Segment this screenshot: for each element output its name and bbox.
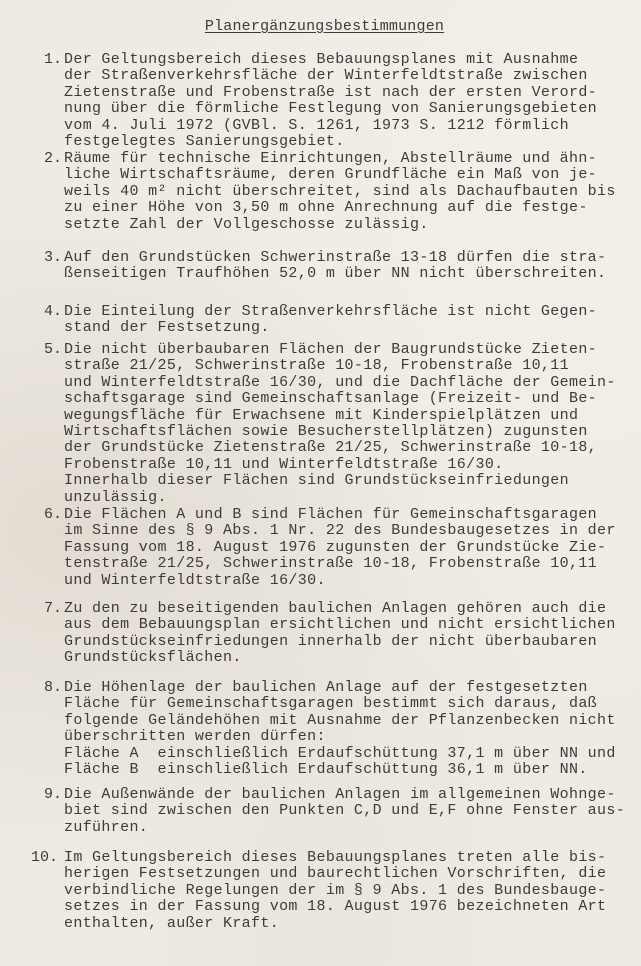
provision-text: Zu den zu beseitigenden baulichen Anlage… — [64, 601, 616, 667]
title-text: Planergänzungsbestimmungen — [197, 18, 444, 35]
provision-number: 8. — [20, 680, 62, 696]
provision-line: vom 4. Juli 1972 (GVBl. S. 1261, 1973 S.… — [64, 118, 597, 134]
provision-line: Grundstückseinfriedungen innerhalb der n… — [64, 634, 616, 650]
provision-line: und Winterfeldtstraße 16/30. — [64, 573, 616, 589]
provision-line: setzes in der Fassung vom 18. August 197… — [64, 899, 606, 915]
provision-line: Die nicht überbaubaren Flächen der Baugr… — [64, 342, 616, 358]
provision-line: Wirtschaftsflächen sowie Besucherstellpl… — [64, 424, 616, 440]
provision-line: und Winterfeldtstraße 16/30, und die Dac… — [64, 375, 616, 391]
provision-line: tenstraße 21/25, Schwerinstraße 10-18, F… — [64, 556, 616, 572]
provision-line: aus dem Bebauungsplan ersichtlichen und … — [64, 617, 616, 633]
provision-line: Grundstücksflächen. — [64, 650, 616, 666]
provision-number: 1. — [20, 52, 62, 68]
provision-line: liche Wirtschaftsräume, deren Grundfläch… — [64, 167, 616, 183]
provision-text: Im Geltungsbereich dieses Bebauungsplane… — [64, 850, 606, 932]
provision-text: Auf den Grundstücken Schwerinstraße 13-1… — [64, 250, 606, 283]
provision-number: 10. — [16, 850, 58, 866]
provision-line: im Sinne des § 9 Abs. 1 Nr. 22 des Bunde… — [64, 523, 616, 539]
provision-line: festgelegtes Sanierungsgebiet. — [64, 134, 597, 150]
provision-line: nung über die förmliche Festlegung von S… — [64, 101, 597, 117]
provision-line: Fläche für Gemeinschaftsgaragen bestimmt… — [64, 696, 616, 712]
provision-line: Zu den zu beseitigenden baulichen Anlage… — [64, 601, 616, 617]
provision-text: Die Außenwände der baulichen Anlagen im … — [64, 787, 625, 836]
provision-line: Frobenstraße 10,11 und Winterfeldtstraße… — [64, 457, 616, 473]
provision-line: Innerhalb dieser Flächen sind Grundstück… — [64, 473, 616, 489]
provision-line: verbindliche Regelungen der im § 9 Abs. … — [64, 883, 606, 899]
provision-line: unzulässig. — [64, 490, 616, 506]
provision-line: zu einer Höhe von 3,50 m ohne Anrechnung… — [64, 200, 616, 216]
provision-line: setzte Zahl der Vollgeschosse zulässig. — [64, 217, 616, 233]
provision-line: herigen Festsetzungen und baurechtlichen… — [64, 866, 606, 882]
provision-line: der Grundstücke Zietenstraße 21/25, Schw… — [64, 440, 616, 456]
provision-line: Zietenstraße und Frobenstraße ist nach d… — [64, 85, 597, 101]
provision-line: der Straßenverkehrsfläche der Winterfeld… — [64, 68, 597, 84]
provision-text: Räume für technische Einrichtungen, Abst… — [64, 151, 616, 233]
provision-line: wegungsfläche für Erwachsene mit Kinders… — [64, 408, 616, 424]
provision-line: stand der Festsetzung. — [64, 320, 597, 336]
provision-text: Die Flächen A und B sind Flächen für Gem… — [64, 507, 616, 589]
provision-line: Die Flächen A und B sind Flächen für Gem… — [64, 507, 616, 523]
provision-line: zuführen. — [64, 820, 625, 836]
provision-line: weils 40 m² nicht überschreitet, sind al… — [64, 184, 616, 200]
provision-number: 4. — [20, 304, 62, 320]
provision-number: 9. — [20, 787, 62, 803]
provision-line: Die Außenwände der baulichen Anlagen im … — [64, 787, 625, 803]
provision-line: straße 21/25, Schwerinstraße 10-18, Frob… — [64, 358, 616, 374]
provision-line: Die Einteilung der Straßenverkehrsfläche… — [64, 304, 597, 320]
provision-text: Die Höhenlage der baulichen Anlage auf d… — [64, 680, 616, 778]
provision-number: 5. — [20, 342, 62, 358]
provision-line: ßenseitigen Traufhöhen 52,0 m über NN ni… — [64, 266, 606, 282]
provision-line: biet sind zwischen den Punkten C,D und E… — [64, 803, 625, 819]
provision-line: Fläche B einschließlich Erdaufschüttung … — [64, 762, 616, 778]
provision-line: enthalten, außer Kraft. — [64, 916, 606, 932]
provision-line: Auf den Grundstücken Schwerinstraße 13-1… — [64, 250, 606, 266]
provision-line: folgende Geländehöhen mit Ausnahme der P… — [64, 713, 616, 729]
provision-number: 3. — [20, 250, 62, 266]
provision-line: Fassung vom 18. August 1976 zugunsten de… — [64, 540, 616, 556]
provision-line: schaftsgarage sind Gemeinschaftsanlage (… — [64, 391, 616, 407]
provision-number: 7. — [20, 601, 62, 617]
provision-line: Der Geltungsbereich dieses Bebauungsplan… — [64, 52, 597, 68]
provision-text: Die Einteilung der Straßenverkehrsfläche… — [64, 304, 597, 337]
provision-text: Der Geltungsbereich dieses Bebauungsplan… — [64, 52, 597, 150]
document-title: Planergänzungsbestimmungen — [0, 18, 641, 35]
provision-text: Die nicht überbaubaren Flächen der Baugr… — [64, 342, 616, 506]
provision-line: Räume für technische Einrichtungen, Abst… — [64, 151, 616, 167]
provision-line: Fläche A einschließlich Erdaufschüttung … — [64, 746, 616, 762]
provision-line: Die Höhenlage der baulichen Anlage auf d… — [64, 680, 616, 696]
provision-line: überschritten werden dürfen: — [64, 729, 616, 745]
provision-number: 6. — [20, 507, 62, 523]
provision-number: 2. — [20, 151, 62, 167]
provision-line: Im Geltungsbereich dieses Bebauungsplane… — [64, 850, 606, 866]
